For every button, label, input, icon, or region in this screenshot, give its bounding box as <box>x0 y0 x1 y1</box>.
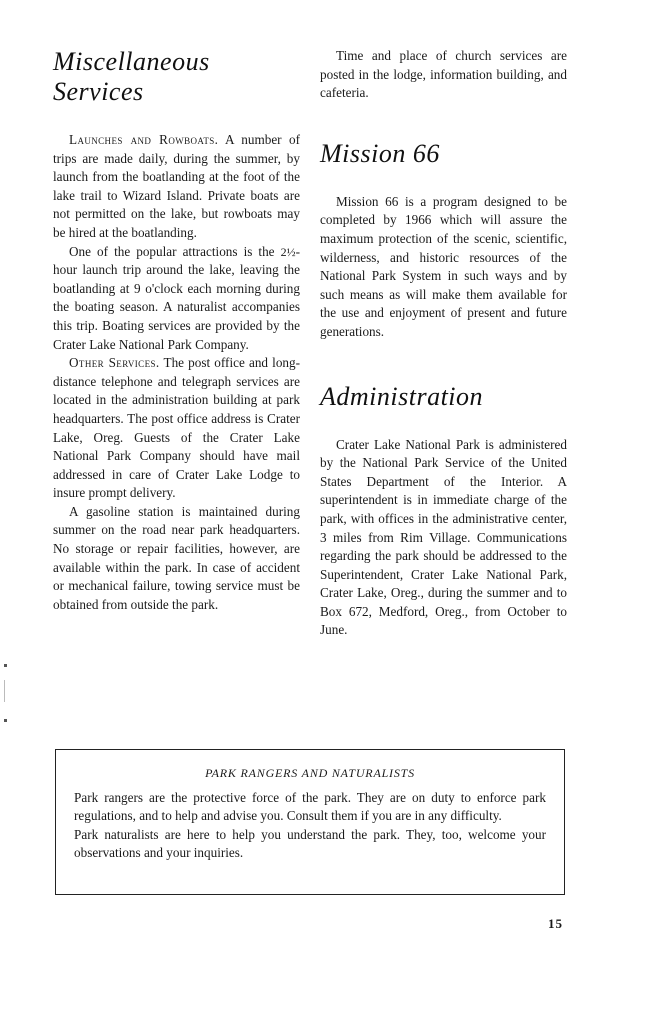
other-services-heading: Other Services. <box>69 355 160 370</box>
launches-heading: Launches and Rowboats. <box>69 132 218 147</box>
right-column: Time and place of church services are po… <box>320 47 567 640</box>
section-title-miscellaneous-services: Miscellaneous Services <box>53 47 300 107</box>
section-title-administration: Administration <box>320 382 567 412</box>
park-rangers-box: PARK RANGERS AND NATURALISTS Park ranger… <box>55 749 565 895</box>
rangers-paragraph: Park rangers are the protective force of… <box>74 789 546 826</box>
scan-mark <box>4 680 5 702</box>
scan-mark <box>4 664 7 667</box>
launch-trip-text-start: One of the popular attractions is the <box>69 244 281 259</box>
page-number: 15 <box>548 916 563 932</box>
document-page: Miscellaneous Services Launches and Rowb… <box>0 0 656 1010</box>
launches-text: A number of trips are made daily, during… <box>53 132 300 240</box>
section-title-mission-66: Mission 66 <box>320 139 567 169</box>
launches-paragraph: Launches and Rowboats. A number of trips… <box>53 131 300 243</box>
naturalists-paragraph: Park naturalists are here to help you un… <box>74 826 546 863</box>
fraction-two-and-half: 2½ <box>281 245 296 259</box>
launch-trip-text-end: -hour launch trip around the lake, leavi… <box>53 244 300 352</box>
other-services-paragraph: Other Services. The post office and long… <box>53 354 300 503</box>
box-title: PARK RANGERS AND NATURALISTS <box>74 764 546 783</box>
church-services-paragraph: Time and place of church services are po… <box>320 47 567 103</box>
other-services-text: The post office and long-distance teleph… <box>53 355 300 500</box>
scan-mark <box>4 719 7 722</box>
gasoline-paragraph: A gasoline station is maintained during … <box>53 503 300 615</box>
mission-66-paragraph: Mission 66 is a program designed to be c… <box>320 193 567 342</box>
administration-paragraph: Crater Lake National Park is administere… <box>320 436 567 641</box>
launch-trip-paragraph: One of the popular attractions is the 2½… <box>53 243 300 355</box>
left-column: Miscellaneous Services Launches and Rowb… <box>53 47 300 614</box>
